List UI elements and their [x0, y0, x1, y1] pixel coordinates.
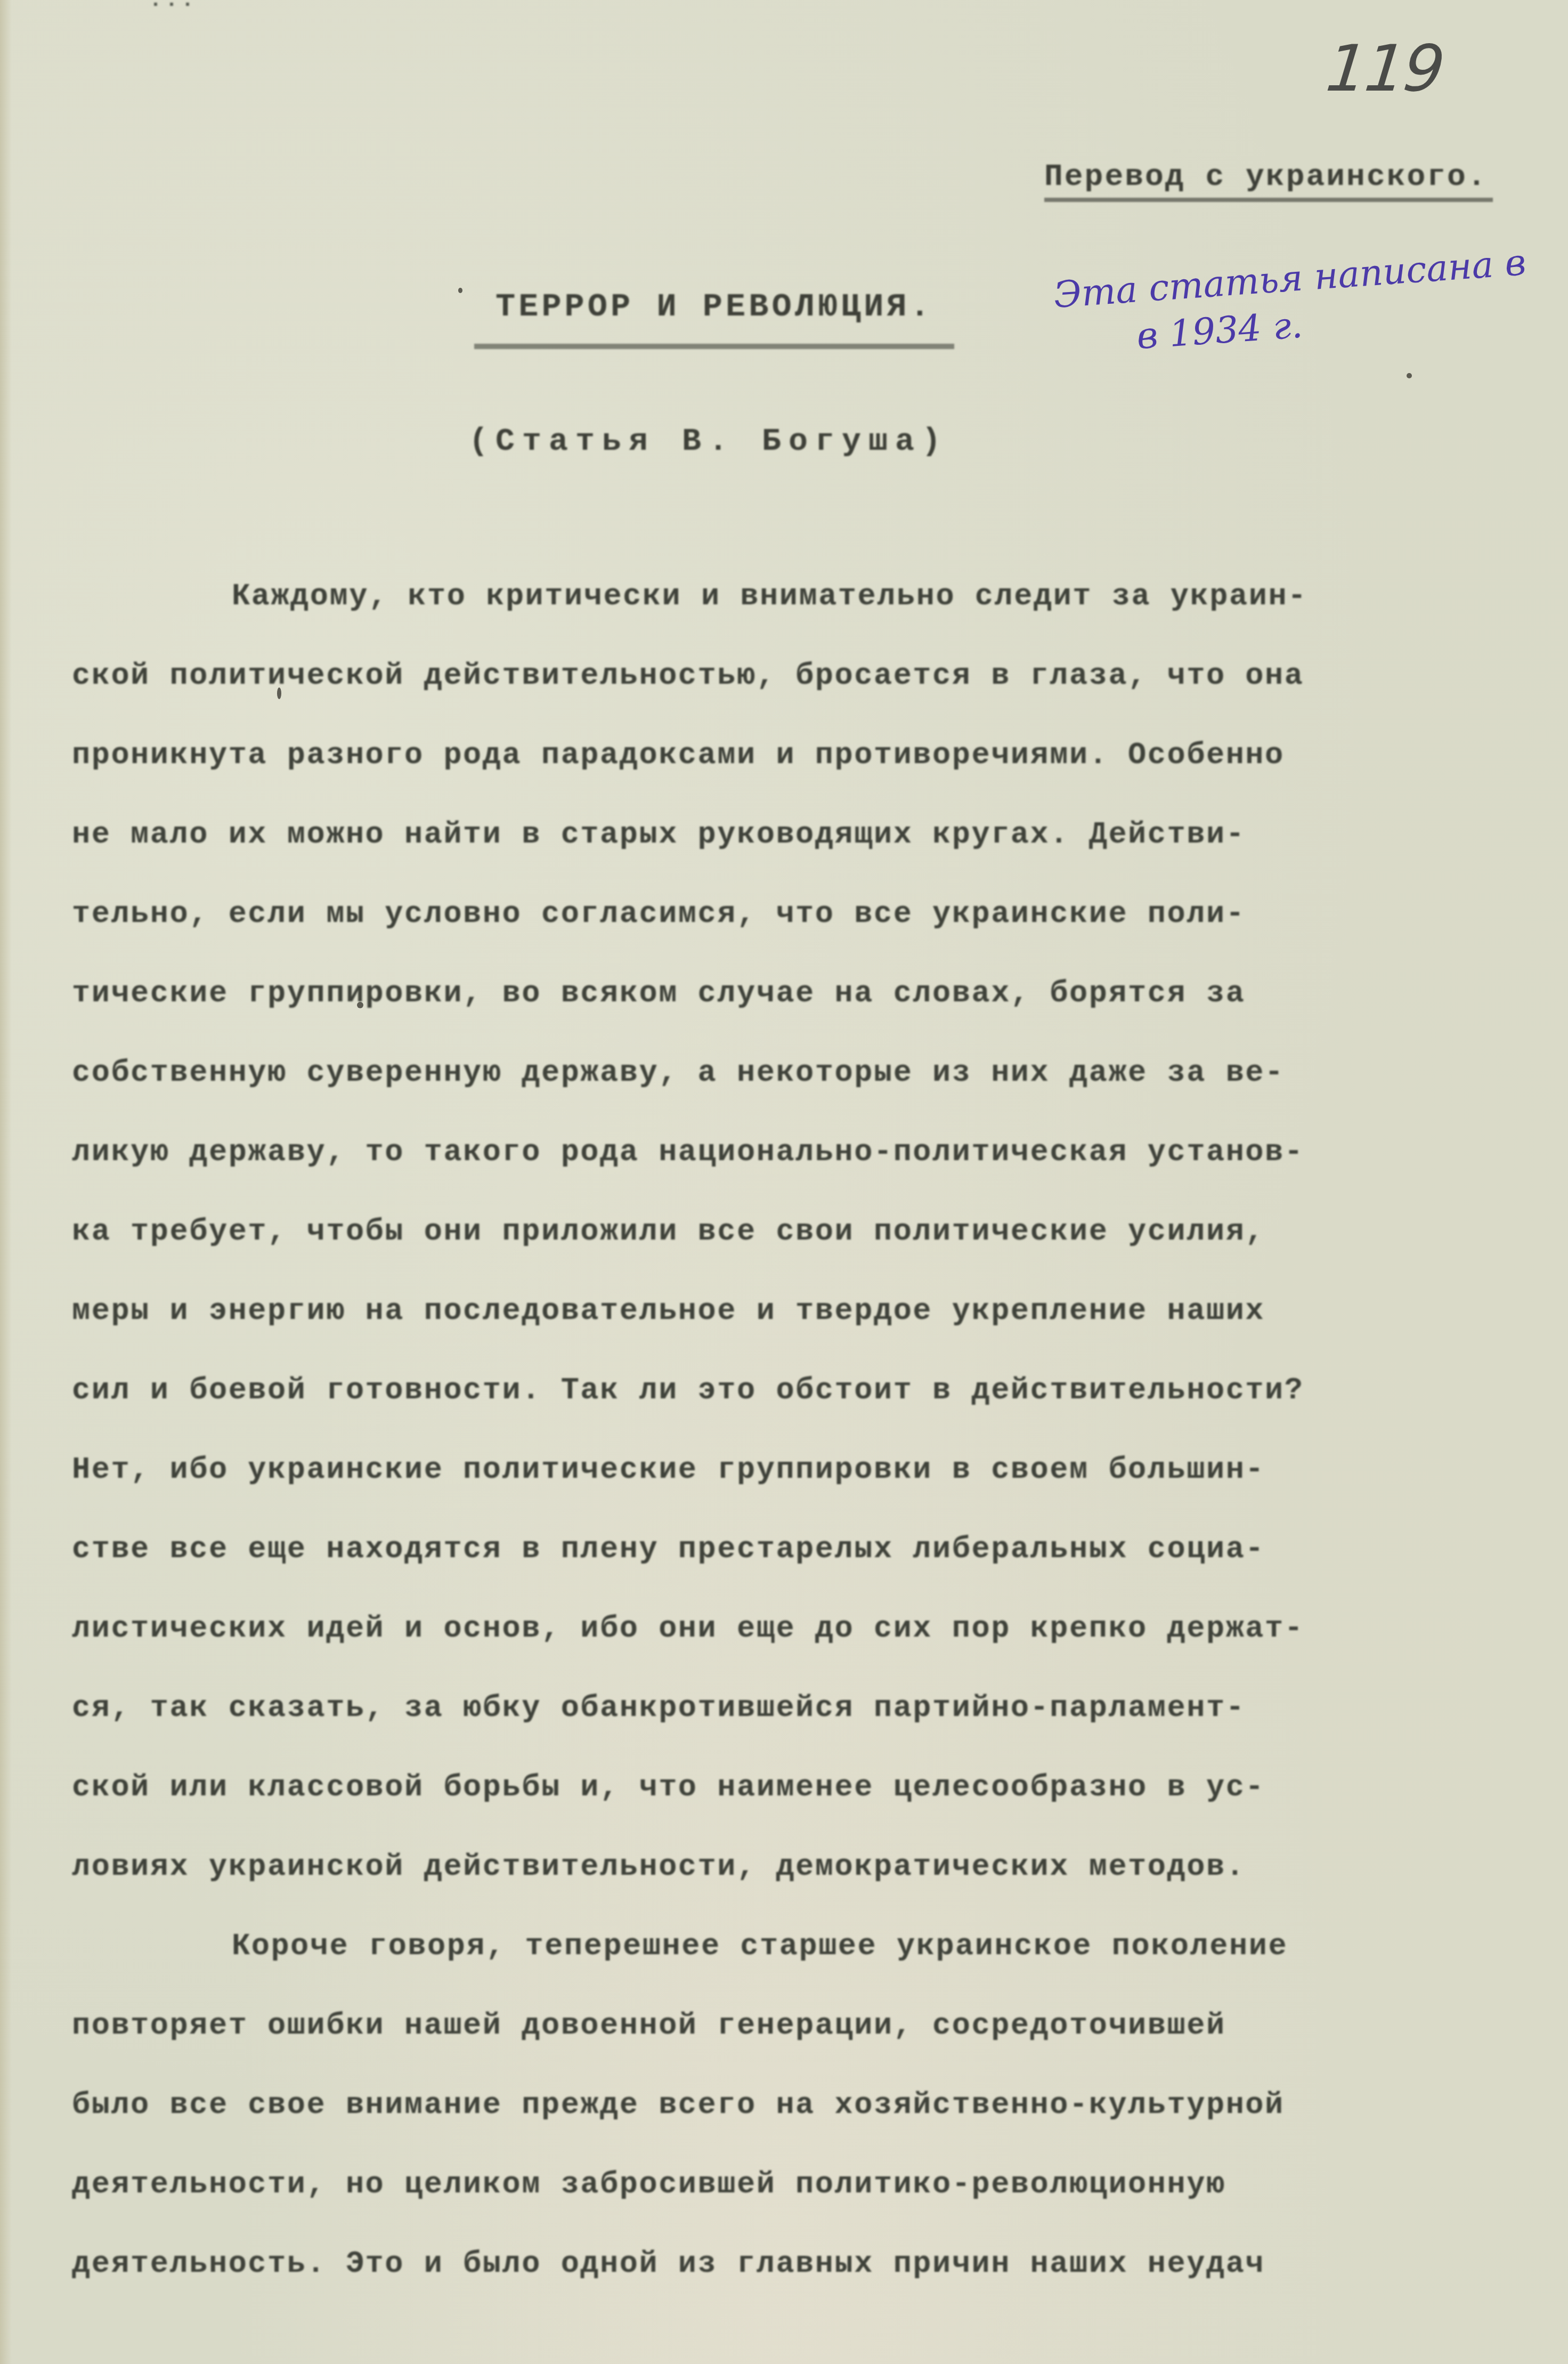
body-line: ловиях украинской действительности, демо…	[72, 1846, 1564, 1925]
translation-note: Перевод с украинского.	[1044, 160, 1488, 195]
body-line: сил и боевой готовности. Так ли это обст…	[72, 1370, 1564, 1449]
paper-speck	[458, 288, 462, 293]
byline: (Статья В. Богуша)	[469, 424, 948, 460]
body-line: деятельность. Это и было одной из главны…	[72, 2243, 1564, 2322]
body-line: ликую державу, то такого рода национальн…	[72, 1131, 1564, 1211]
body-line: ся, так сказать, за юбку обанкротившейся…	[72, 1687, 1564, 1767]
body-line: Нет, ибо украинские политические группир…	[72, 1449, 1564, 1528]
document-title: ТЕРРОР И РЕВОЛЮЦИЯ.	[495, 288, 933, 326]
body-line: стве все еще находятся в плену престарел…	[72, 1528, 1564, 1608]
body-line: проникнута разного рода парадоксами и пр…	[72, 734, 1564, 814]
body-line: ка требует, чтобы они приложили все свои…	[72, 1211, 1564, 1290]
cropped-previous-line: ···	[149, 0, 352, 13]
handwritten-annotation: Эта статья написана в в 1934 г.	[1052, 239, 1531, 366]
body-line: меры и энергию на последовательное и тве…	[72, 1290, 1564, 1370]
body-line: повторяет ошибки нашей довоенной генерац…	[72, 2005, 1564, 2084]
paper-speck	[1407, 373, 1412, 378]
body-line: тические группировки, во всяком случае н…	[72, 973, 1564, 1052]
body-line: не мало их можно найти в старых руководя…	[72, 814, 1564, 893]
paper-speck	[277, 687, 281, 699]
body-line: деятельности, но целиком забросившей пол…	[72, 2164, 1564, 2243]
body-line: Короче говоря, теперешнее старшее украин…	[72, 1925, 1564, 2005]
body-line: ской политической действительностью, бро…	[72, 655, 1564, 734]
body-line: тельно, если мы условно согласимся, что …	[72, 893, 1564, 973]
body-text: Каждому, кто критически и внимательно сл…	[72, 576, 1564, 2322]
paper-speck	[357, 1002, 363, 1008]
body-line: ской или классовой борьбы и, что наимене…	[72, 1767, 1564, 1846]
body-line: Каждому, кто критически и внимательно сл…	[72, 576, 1564, 655]
page-edge	[0, 0, 12, 2364]
body-line: было все свое внимание прежде всего на х…	[72, 2084, 1564, 2164]
body-line: собственную суверенную державу, а некото…	[72, 1052, 1564, 1131]
folio-number: 119	[1323, 32, 1447, 106]
body-line: листических идей и основ, ибо они еще до…	[72, 1608, 1564, 1687]
